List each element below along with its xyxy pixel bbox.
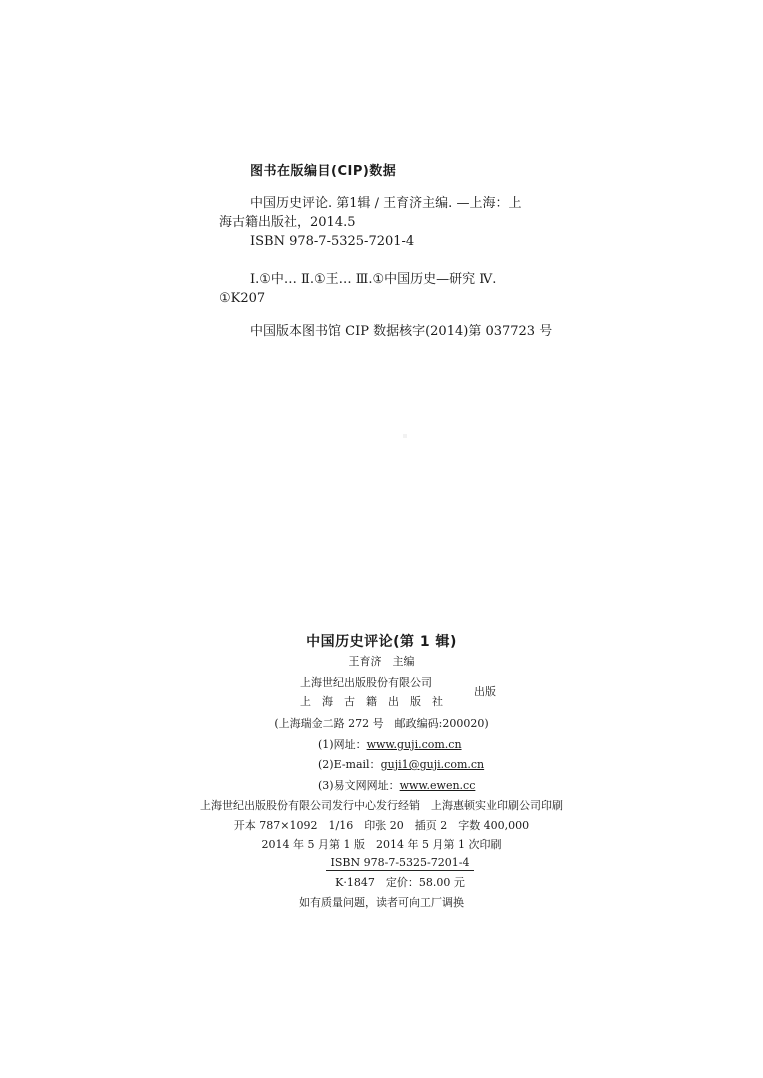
cip-classification-line-2: ①K207 [219, 289, 265, 308]
format-specs: 开本 787×1092 1/16 印张 20 插页 2 字数 400,000 [0, 818, 763, 834]
distribution: 上海世纪出版股份有限公司发行中心发行经销 上海惠顿实业印刷公司印刷 [0, 798, 763, 814]
cip-isbn: ISBN 978-7-5325-7201-4 [250, 232, 414, 251]
publish-label: 出版 [474, 684, 496, 700]
editor: 王育济 主编 [0, 654, 763, 670]
publisher-company: 上海世纪出版股份有限公司 [300, 675, 432, 691]
email-link[interactable]: guji1@guji.com.cn [381, 758, 485, 771]
quality-notice: 如有质量问题，读者可向工厂调换 [0, 895, 763, 911]
website-line: (1)网址：www.guji.com.cn [318, 737, 462, 753]
address: (上海瑞金二路 272 号 邮政编码:200020) [0, 716, 763, 732]
colophon-isbn: ISBN 978-7-5325-7201-4 [326, 856, 474, 871]
cip-number: 中国版本图书馆 CIP 数据核字(2014)第 037723 号 [250, 322, 552, 341]
email-label: (2)E-mail： [318, 758, 381, 771]
price: K·1847 定价：58.00 元 [326, 871, 474, 890]
edition-info: 2014 年 5 月第 1 版 2014 年 5 月第 1 次印刷 [0, 837, 763, 853]
cip-classification-line-1: Ⅰ.①中… Ⅱ.①王… Ⅲ.①中国历史—研究 Ⅳ. [250, 270, 496, 289]
website-link[interactable]: www.guji.com.cn [367, 738, 462, 751]
book-title: 中国历史评论(第 1 辑) [0, 631, 763, 651]
isbn-price-block: ISBN 978-7-5325-7201-4 K·1847 定价：58.00 元 [326, 856, 474, 890]
cip-bibliographic-line-2: 海古籍出版社，2014.5 [219, 213, 356, 232]
publisher-press: 上 海 古 籍 出 版 社 [300, 694, 443, 710]
cip-bibliographic-line-1: 中国历史评论. 第1辑 / 王育济主编. —上海：上 [250, 194, 521, 213]
email-line: (2)E-mail：guji1@guji.com.cn [318, 757, 484, 773]
ewen-line: (3)易文网网址：www.ewen.cc [318, 778, 475, 794]
scan-artifact [403, 434, 407, 438]
website-label: (1)网址： [318, 738, 367, 751]
ewen-label: (3)易文网网址： [318, 779, 400, 792]
ewen-link[interactable]: www.ewen.cc [400, 779, 476, 792]
cip-heading: 图书在版编目(CIP)数据 [250, 160, 396, 179]
